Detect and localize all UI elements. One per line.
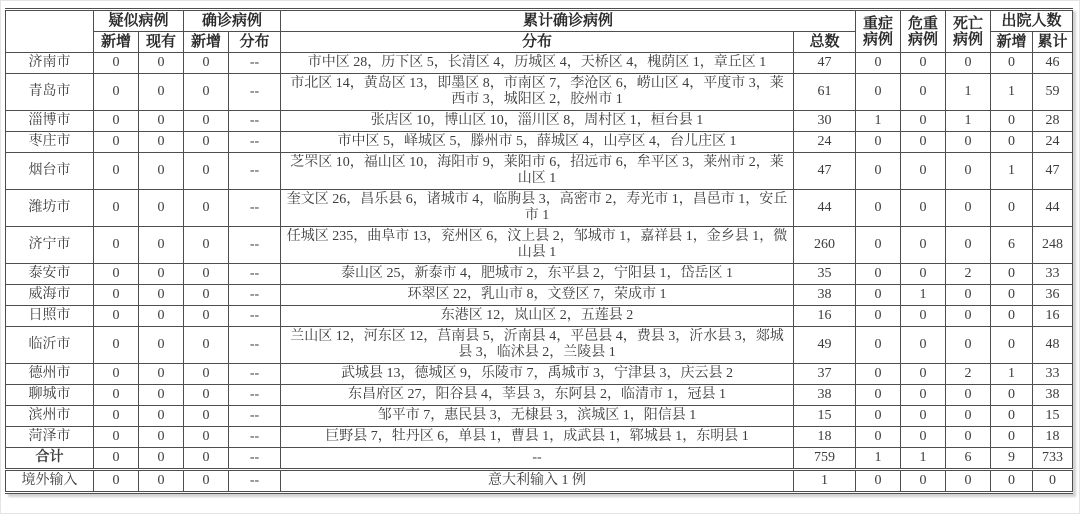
cumulative-total-cell: 38: [794, 285, 856, 306]
cumulative-total-cell: 49: [794, 327, 856, 364]
suspected-existing-cell: 0: [139, 227, 184, 264]
discharged-new-cell: 6: [991, 227, 1033, 264]
subheader-suspected-new: 新增: [94, 32, 139, 53]
death-cell: 0: [946, 327, 991, 364]
suspected-existing-cell: 0: [139, 427, 184, 448]
cumulative-distribution-cell: 张店区 10，博山区 10，淄川区 8，周村区 1，桓台县 1: [281, 111, 794, 132]
discharged-cumulative-cell: 36: [1033, 285, 1073, 306]
suspected-existing-cell: 0: [139, 53, 184, 74]
subheader-confirmed-new: 新增: [184, 32, 229, 53]
suspected-new-cell: 0: [94, 190, 139, 227]
severe-cell: 1: [856, 448, 901, 470]
confirmed-distribution-cell: --: [229, 406, 281, 427]
discharged-new-cell: 0: [991, 385, 1033, 406]
cumulative-total-cell: 18: [794, 427, 856, 448]
death-cell: 0: [946, 470, 991, 493]
discharged-cumulative-cell: 24: [1033, 132, 1073, 153]
confirmed-distribution-cell: --: [229, 153, 281, 190]
cumulative-total-cell: 37: [794, 364, 856, 385]
severe-cell: 0: [856, 74, 901, 111]
city-cell: 日照市: [6, 306, 94, 327]
confirmed-new-cell: 0: [184, 470, 229, 493]
death-cell: 0: [946, 132, 991, 153]
cumulative-distribution-cell: --: [281, 448, 794, 470]
suspected-existing-cell: 0: [139, 264, 184, 285]
header-discharged: 出院人数: [991, 10, 1073, 32]
confirmed-distribution-cell: --: [229, 364, 281, 385]
critical-cell: 0: [901, 227, 946, 264]
confirmed-distribution-cell: --: [229, 227, 281, 264]
critical-cell: 0: [901, 406, 946, 427]
cumulative-distribution-cell: 泰山区 25，新泰市 4，肥城市 2，东平县 2，宁阳县 1，岱岳区 1: [281, 264, 794, 285]
confirmed-new-cell: 0: [184, 448, 229, 470]
cumulative-distribution-cell: 市中区 28，历下区 5，长清区 4，历城区 4，天桥区 4，槐荫区 1，章丘区…: [281, 53, 794, 74]
suspected-existing-cell: 0: [139, 285, 184, 306]
city-cell: 泰安市: [6, 264, 94, 285]
confirmed-distribution-cell: --: [229, 53, 281, 74]
discharged-cumulative-cell: 46: [1033, 53, 1073, 74]
suspected-new-cell: 0: [94, 385, 139, 406]
subheader-discharged-new: 新增: [991, 32, 1033, 53]
suspected-existing-cell: 0: [139, 448, 184, 470]
critical-cell: 0: [901, 427, 946, 448]
suspected-new-cell: 0: [94, 470, 139, 493]
critical-cell: 0: [901, 306, 946, 327]
suspected-new-cell: 0: [94, 448, 139, 470]
suspected-new-cell: 0: [94, 132, 139, 153]
cumulative-total-cell: 759: [794, 448, 856, 470]
cumulative-distribution-cell: 东昌府区 27，阳谷县 4，莘县 3，东阿县 2，临清市 1，冠县 1: [281, 385, 794, 406]
city-cell: 青岛市: [6, 74, 94, 111]
cumulative-total-cell: 47: [794, 53, 856, 74]
death-cell: 0: [946, 153, 991, 190]
suspected-existing-cell: 0: [139, 74, 184, 111]
death-cell: 0: [946, 53, 991, 74]
suspected-existing-cell: 0: [139, 306, 184, 327]
cumulative-total-cell: 1: [794, 470, 856, 493]
table-row: 聊城市000--东昌府区 27，阳谷县 4，莘县 3，东阿县 2，临清市 1，冠…: [6, 385, 1073, 406]
discharged-cumulative-cell: 33: [1033, 364, 1073, 385]
suspected-new-cell: 0: [94, 153, 139, 190]
subheader-cumulative-total: 总数: [794, 32, 856, 53]
death-cell: 0: [946, 385, 991, 406]
epidemic-statistics-table: 疑似病例 确诊病例 累计确诊病例 重症病例 危重病例 死亡病例 出院人数 新增 …: [5, 8, 1073, 494]
header-row-1: 疑似病例 确诊病例 累计确诊病例 重症病例 危重病例 死亡病例 出院人数: [6, 10, 1073, 32]
table-row: 潍坊市000--奎文区 26，昌乐县 6，诸城市 4，临朐县 3，高密市 2，寿…: [6, 190, 1073, 227]
severe-cell: 0: [856, 285, 901, 306]
subheader-suspected-existing: 现有: [139, 32, 184, 53]
severe-cell: 0: [856, 264, 901, 285]
confirmed-new-cell: 0: [184, 306, 229, 327]
suspected-new-cell: 0: [94, 406, 139, 427]
severe-cell: 0: [856, 406, 901, 427]
discharged-new-cell: 0: [991, 190, 1033, 227]
confirmed-distribution-cell: --: [229, 264, 281, 285]
confirmed-new-cell: 0: [184, 285, 229, 306]
confirmed-distribution-cell: --: [229, 385, 281, 406]
discharged-new-cell: 0: [991, 111, 1033, 132]
header-cumulative-confirmed: 累计确诊病例: [281, 10, 856, 32]
severe-cell: 0: [856, 364, 901, 385]
confirmed-distribution-cell: --: [229, 74, 281, 111]
discharged-cumulative-cell: 38: [1033, 385, 1073, 406]
death-cell: 1: [946, 74, 991, 111]
city-cell: 济南市: [6, 53, 94, 74]
suspected-existing-cell: 0: [139, 364, 184, 385]
table-row: 枣庄市000--市中区 5，峄城区 5，滕州市 5，薛城区 4，山亭区 4，台儿…: [6, 132, 1073, 153]
suspected-new-cell: 0: [94, 227, 139, 264]
cumulative-distribution-cell: 环翠区 22，乳山市 8，文登区 7，荣成市 1: [281, 285, 794, 306]
table-row: 滨州市000--邹平市 7，惠民县 3，无棣县 3，滨城区 1，阳信县 1150…: [6, 406, 1073, 427]
header-death-cases: 死亡病例: [946, 10, 991, 53]
severe-cell: 0: [856, 153, 901, 190]
critical-cell: 0: [901, 74, 946, 111]
severe-cell: 0: [856, 190, 901, 227]
discharged-cumulative-cell: 733: [1033, 448, 1073, 470]
cumulative-total-cell: 30: [794, 111, 856, 132]
cumulative-total-cell: 260: [794, 227, 856, 264]
severe-cell: 0: [856, 427, 901, 448]
discharged-new-cell: 0: [991, 470, 1033, 493]
cumulative-total-cell: 38: [794, 385, 856, 406]
cumulative-total-cell: 47: [794, 153, 856, 190]
severe-cell: 1: [856, 111, 901, 132]
city-cell: 合计: [6, 448, 94, 470]
suspected-new-cell: 0: [94, 327, 139, 364]
suspected-existing-cell: 0: [139, 132, 184, 153]
cumulative-distribution-cell: 邹平市 7，惠民县 3，无棣县 3，滨城区 1，阳信县 1: [281, 406, 794, 427]
confirmed-new-cell: 0: [184, 227, 229, 264]
critical-cell: 0: [901, 364, 946, 385]
page: 疑似病例 确诊病例 累计确诊病例 重症病例 危重病例 死亡病例 出院人数 新增 …: [0, 0, 1080, 514]
discharged-new-cell: 0: [991, 132, 1033, 153]
header-confirmed-cases: 确诊病例: [184, 10, 281, 32]
city-cell: 菏泽市: [6, 427, 94, 448]
city-cell: 聊城市: [6, 385, 94, 406]
discharged-cumulative-cell: 48: [1033, 327, 1073, 364]
suspected-new-cell: 0: [94, 364, 139, 385]
city-cell: 济宁市: [6, 227, 94, 264]
death-cell: 1: [946, 111, 991, 132]
confirmed-new-cell: 0: [184, 427, 229, 448]
severe-cell: 0: [856, 327, 901, 364]
table-row: 德州市000--武城县 13，德城区 9，乐陵市 7，禹城市 3，宁津县 3，庆…: [6, 364, 1073, 385]
header-critical-cases: 危重病例: [901, 10, 946, 53]
subheader-discharged-cumulative: 累计: [1033, 32, 1073, 53]
discharged-cumulative-cell: 15: [1033, 406, 1073, 427]
death-cell: 6: [946, 448, 991, 470]
confirmed-new-cell: 0: [184, 153, 229, 190]
table-row: 泰安市000--泰山区 25，新泰市 4，肥城市 2，东平县 2，宁阳县 1，岱…: [6, 264, 1073, 285]
city-cell: 枣庄市: [6, 132, 94, 153]
cumulative-total-cell: 35: [794, 264, 856, 285]
subheader-cumulative-distribution: 分布: [281, 32, 794, 53]
cumulative-distribution-cell: 市北区 14，黄岛区 13，即墨区 8，市南区 7，李沧区 6，崂山区 4，平度…: [281, 74, 794, 111]
confirmed-new-cell: 0: [184, 364, 229, 385]
table-row: 济南市000--市中区 28，历下区 5，长清区 4，历城区 4，天桥区 4，槐…: [6, 53, 1073, 74]
death-cell: 0: [946, 227, 991, 264]
city-cell: 潍坊市: [6, 190, 94, 227]
city-cell: 烟台市: [6, 153, 94, 190]
table-row: 威海市000--环翠区 22，乳山市 8，文登区 7，荣成市 138010036: [6, 285, 1073, 306]
discharged-cumulative-cell: 248: [1033, 227, 1073, 264]
confirmed-new-cell: 0: [184, 264, 229, 285]
table-row: 青岛市000--市北区 14，黄岛区 13，即墨区 8，市南区 7，李沧区 6，…: [6, 74, 1073, 111]
severe-cell: 0: [856, 53, 901, 74]
header-corner-cell: [6, 10, 94, 53]
death-cell: 0: [946, 406, 991, 427]
cumulative-distribution-cell: 意大利输入 1 例: [281, 470, 794, 493]
city-cell: 威海市: [6, 285, 94, 306]
subheader-confirmed-distribution: 分布: [229, 32, 281, 53]
critical-cell: 0: [901, 470, 946, 493]
table-row: 菏泽市000--巨野县 7，牡丹区 6，单县 1，曹县 1，成武县 1，郓城县 …: [6, 427, 1073, 448]
discharged-new-cell: 0: [991, 427, 1033, 448]
confirmed-distribution-cell: --: [229, 327, 281, 364]
table-row: 合计000----7591169733: [6, 448, 1073, 470]
cumulative-total-cell: 44: [794, 190, 856, 227]
discharged-cumulative-cell: 18: [1033, 427, 1073, 448]
table-row: 日照市000--东港区 12，岚山区 2，五莲县 216000016: [6, 306, 1073, 327]
discharged-new-cell: 0: [991, 406, 1033, 427]
confirmed-distribution-cell: --: [229, 111, 281, 132]
suspected-new-cell: 0: [94, 74, 139, 111]
table-row: 临沂市000--兰山区 12，河东区 12，莒南县 5，沂南县 4，平邑县 4，…: [6, 327, 1073, 364]
table-body: 济南市000--市中区 28，历下区 5，长清区 4，历城区 4，天桥区 4，槐…: [6, 53, 1073, 493]
discharged-new-cell: 1: [991, 74, 1033, 111]
city-cell: 淄博市: [6, 111, 94, 132]
severe-cell: 0: [856, 227, 901, 264]
cumulative-total-cell: 61: [794, 74, 856, 111]
severe-cell: 0: [856, 385, 901, 406]
discharged-cumulative-cell: 44: [1033, 190, 1073, 227]
death-cell: 0: [946, 427, 991, 448]
header-suspected-cases: 疑似病例: [94, 10, 184, 32]
confirmed-distribution-cell: --: [229, 470, 281, 493]
suspected-new-cell: 0: [94, 427, 139, 448]
suspected-existing-cell: 0: [139, 153, 184, 190]
confirmed-distribution-cell: --: [229, 448, 281, 470]
cumulative-total-cell: 24: [794, 132, 856, 153]
discharged-new-cell: 0: [991, 264, 1033, 285]
header-severe-cases: 重症病例: [856, 10, 901, 53]
confirmed-distribution-cell: --: [229, 306, 281, 327]
critical-cell: 0: [901, 190, 946, 227]
discharged-cumulative-cell: 33: [1033, 264, 1073, 285]
discharged-cumulative-cell: 47: [1033, 153, 1073, 190]
suspected-new-cell: 0: [94, 111, 139, 132]
cumulative-total-cell: 15: [794, 406, 856, 427]
cumulative-total-cell: 16: [794, 306, 856, 327]
suspected-existing-cell: 0: [139, 190, 184, 227]
death-cell: 0: [946, 285, 991, 306]
critical-cell: 0: [901, 153, 946, 190]
discharged-cumulative-cell: 0: [1033, 470, 1073, 493]
confirmed-distribution-cell: --: [229, 285, 281, 306]
city-cell: 德州市: [6, 364, 94, 385]
critical-cell: 0: [901, 327, 946, 364]
discharged-cumulative-cell: 16: [1033, 306, 1073, 327]
table-row: 境外输入000--意大利输入 1 例100000: [6, 470, 1073, 493]
suspected-existing-cell: 0: [139, 111, 184, 132]
discharged-new-cell: 0: [991, 53, 1033, 74]
critical-cell: 0: [901, 132, 946, 153]
cumulative-distribution-cell: 东港区 12，岚山区 2，五莲县 2: [281, 306, 794, 327]
critical-cell: 0: [901, 53, 946, 74]
discharged-new-cell: 1: [991, 364, 1033, 385]
suspected-existing-cell: 0: [139, 406, 184, 427]
cumulative-distribution-cell: 芝罘区 10，福山区 10，海阳市 9，莱阳市 6，招远市 6，牟平区 3，莱州…: [281, 153, 794, 190]
table-row: 烟台市000--芝罘区 10，福山区 10，海阳市 9，莱阳市 6，招远市 6，…: [6, 153, 1073, 190]
confirmed-distribution-cell: --: [229, 190, 281, 227]
death-cell: 0: [946, 190, 991, 227]
city-cell: 滨州市: [6, 406, 94, 427]
critical-cell: 1: [901, 448, 946, 470]
critical-cell: 0: [901, 385, 946, 406]
discharged-new-cell: 0: [991, 327, 1033, 364]
cumulative-distribution-cell: 任城区 235，曲阜市 13，兖州区 6，汶上县 2，邹城市 1，嘉祥县 1，金…: [281, 227, 794, 264]
suspected-new-cell: 0: [94, 264, 139, 285]
confirmed-new-cell: 0: [184, 74, 229, 111]
discharged-cumulative-cell: 59: [1033, 74, 1073, 111]
city-cell: 境外输入: [6, 470, 94, 493]
death-cell: 2: [946, 364, 991, 385]
suspected-new-cell: 0: [94, 306, 139, 327]
severe-cell: 0: [856, 306, 901, 327]
critical-cell: 0: [901, 111, 946, 132]
discharged-new-cell: 0: [991, 285, 1033, 306]
cumulative-distribution-cell: 奎文区 26，昌乐县 6，诸城市 4，临朐县 3，高密市 2，寿光市 1，昌邑市…: [281, 190, 794, 227]
discharged-new-cell: 0: [991, 306, 1033, 327]
suspected-new-cell: 0: [94, 285, 139, 306]
confirmed-new-cell: 0: [184, 190, 229, 227]
cumulative-distribution-cell: 兰山区 12，河东区 12，莒南县 5，沂南县 4，平邑县 4，费县 3，沂水县…: [281, 327, 794, 364]
city-cell: 临沂市: [6, 327, 94, 364]
confirmed-distribution-cell: --: [229, 427, 281, 448]
severe-cell: 0: [856, 470, 901, 493]
critical-cell: 1: [901, 285, 946, 306]
suspected-existing-cell: 0: [139, 470, 184, 493]
suspected-existing-cell: 0: [139, 385, 184, 406]
confirmed-new-cell: 0: [184, 406, 229, 427]
confirmed-new-cell: 0: [184, 111, 229, 132]
cumulative-distribution-cell: 巨野县 7，牡丹区 6，单县 1，曹县 1，成武县 1，郓城县 1，东明县 1: [281, 427, 794, 448]
confirmed-new-cell: 0: [184, 385, 229, 406]
table-row: 济宁市000--任城区 235，曲阜市 13，兖州区 6，汶上县 2，邹城市 1…: [6, 227, 1073, 264]
severe-cell: 0: [856, 132, 901, 153]
death-cell: 2: [946, 264, 991, 285]
discharged-cumulative-cell: 28: [1033, 111, 1073, 132]
confirmed-new-cell: 0: [184, 53, 229, 74]
confirmed-distribution-cell: --: [229, 132, 281, 153]
discharged-new-cell: 1: [991, 153, 1033, 190]
death-cell: 0: [946, 306, 991, 327]
cumulative-distribution-cell: 武城县 13，德城区 9，乐陵市 7，禹城市 3，宁津县 3，庆云县 2: [281, 364, 794, 385]
suspected-existing-cell: 0: [139, 327, 184, 364]
table-header: 疑似病例 确诊病例 累计确诊病例 重症病例 危重病例 死亡病例 出院人数 新增 …: [6, 10, 1073, 53]
discharged-new-cell: 9: [991, 448, 1033, 470]
confirmed-new-cell: 0: [184, 327, 229, 364]
confirmed-new-cell: 0: [184, 132, 229, 153]
cumulative-distribution-cell: 市中区 5，峄城区 5，滕州市 5，薛城区 4，山亭区 4，台儿庄区 1: [281, 132, 794, 153]
suspected-new-cell: 0: [94, 53, 139, 74]
table-row: 淄博市000--张店区 10，博山区 10，淄川区 8，周村区 1，桓台县 13…: [6, 111, 1073, 132]
critical-cell: 0: [901, 264, 946, 285]
